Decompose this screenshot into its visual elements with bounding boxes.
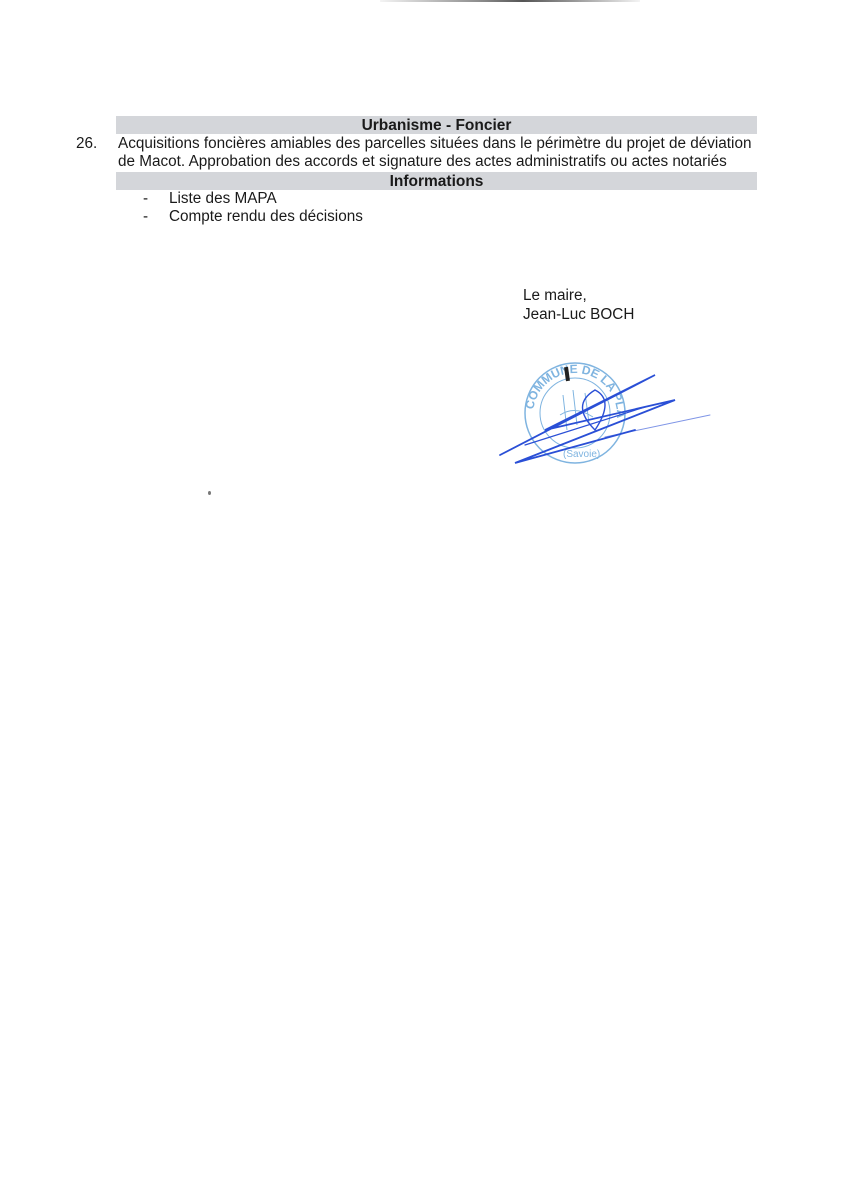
- item-text: Acquisitions foncières amiables des parc…: [118, 135, 768, 171]
- scan-speck: [208, 491, 211, 495]
- bullet-dash: -: [143, 190, 148, 208]
- official-stamp-and-signature: COMMUNE DE LA PLAGNE (Savoie): [495, 345, 715, 475]
- item-text-line-2: de Macot. Approbation des accords et sig…: [118, 153, 768, 171]
- item-text-line-1: Acquisitions foncières amiables des parc…: [118, 135, 768, 153]
- bullet-dash: -: [143, 208, 148, 226]
- section-header-informations: Informations: [116, 172, 757, 190]
- list-item-text: Liste des MAPA: [169, 190, 277, 208]
- signature-block: Le maire, Jean-Luc BOCH: [523, 286, 634, 324]
- svg-text:(Savoie): (Savoie): [563, 449, 600, 460]
- signer-role: Le maire,: [523, 286, 634, 305]
- section-header-urbanisme: Urbanisme - Foncier: [116, 116, 757, 134]
- item-number: 26.: [76, 135, 97, 153]
- scan-edge: [380, 0, 640, 2]
- list-item-text: Compte rendu des décisions: [169, 208, 363, 226]
- signer-name: Jean-Luc BOCH: [523, 305, 634, 324]
- svg-text:COMMUNE DE LA PLAGNE: COMMUNE DE LA PLAGNE: [495, 345, 628, 419]
